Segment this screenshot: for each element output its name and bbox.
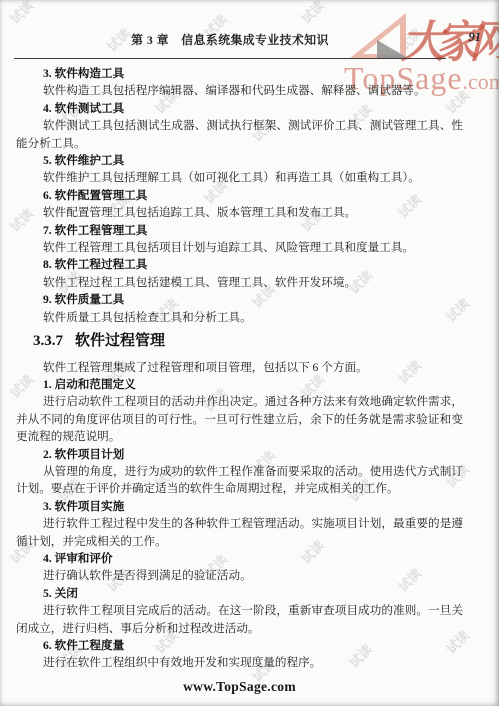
page-header: 第 3 章 信息系统集成专业技术知识 91: [14, 0, 446, 59]
page-content: 3. 软件构造工具 软件构造工具包括程序编辑器、编译器和代码生成器、解释器、调试…: [16, 65, 463, 695]
section-intro: 软件工程管理集成了过程管理和项目管理，包括以下 6 个方面。: [16, 359, 463, 376]
footer-url: www.TopSage.com: [16, 678, 463, 695]
tool-heading: 7. 软件工程管理工具: [16, 222, 463, 239]
page-number: 91: [469, 30, 482, 45]
process-body: 从管理的角度，进行为成功的软件工程作准备而要采取的活动。使用迭代方式制订计划。要…: [16, 463, 463, 498]
process-heading: 2. 软件项目计划: [16, 446, 463, 463]
section-title-text: 软件过程管理: [75, 333, 165, 349]
process-body: 进行启动软件工程项目的活动并作出决定。通过各种方法来有效地确定软件需求，并从不同…: [16, 393, 463, 445]
tool-heading: 6. 软件配置管理工具: [16, 187, 463, 204]
process-heading: 6. 软件工程度量: [16, 637, 463, 654]
tool-body: 软件工程管理工具包括项目计划与追踪工具、风险管理工具和度量工具。: [16, 239, 463, 256]
tool-body: 软件质量工具包括检查工具和分析工具。: [16, 309, 463, 326]
process-body: 进行在软件工程组织中有效地开发和实现度量的程序。: [16, 654, 463, 671]
section-number: 3.3.7: [33, 333, 63, 349]
tool-heading: 8. 软件工程过程工具: [16, 256, 463, 273]
tool-heading: 9. 软件质量工具: [16, 291, 463, 308]
tool-body: 软件维护工具包括理解工具（如可视化工具）和再造工具（如重构工具）。: [16, 169, 463, 186]
scanned-book-page: { "header": { "chapter_title": "第 3 章 信息…: [0, 0, 499, 706]
section-heading: 3.3.7软件过程管理: [33, 333, 463, 350]
tool-heading: 4. 软件测试工具: [16, 100, 463, 117]
tool-body: 软件配置管理工具包括追踪工具、版本管理工具和发布工具。: [16, 204, 463, 221]
tool-heading: 3. 软件构造工具: [16, 65, 463, 82]
process-heading: 3. 软件项目实施: [16, 498, 463, 515]
process-body: 进行软件工程项目完成后的活动。在这一阶段，重新审查项目成功的准则。一旦关闭成立，…: [16, 602, 463, 637]
tool-body: 软件构造工具包括程序编辑器、编译器和代码生成器、解释器、调试器等。: [16, 82, 463, 99]
process-heading: 5. 关闭: [16, 585, 463, 602]
tool-body: 软件工程过程工具包括建模工具、管理工具、软件开发环境。: [16, 274, 463, 291]
tool-body: 软件测试工具包括测试生成器、测试执行框架、测试评价工具、测试管理工具、性能分析工…: [16, 117, 463, 152]
chapter-title: 第 3 章 信息系统集成专业技术知识: [131, 33, 329, 47]
process-body: 进行软件工程过程中发生的各种软件工程管理活动。实施项目计划，最重要的是遵循计划，…: [16, 515, 463, 550]
process-heading: 4. 评审和评价: [16, 550, 463, 567]
tool-heading: 5. 软件维护工具: [16, 152, 463, 169]
process-heading: 1. 启动和范围定义: [16, 376, 463, 393]
process-body: 进行确认软件是否得到满足的验证活动。: [16, 567, 463, 584]
